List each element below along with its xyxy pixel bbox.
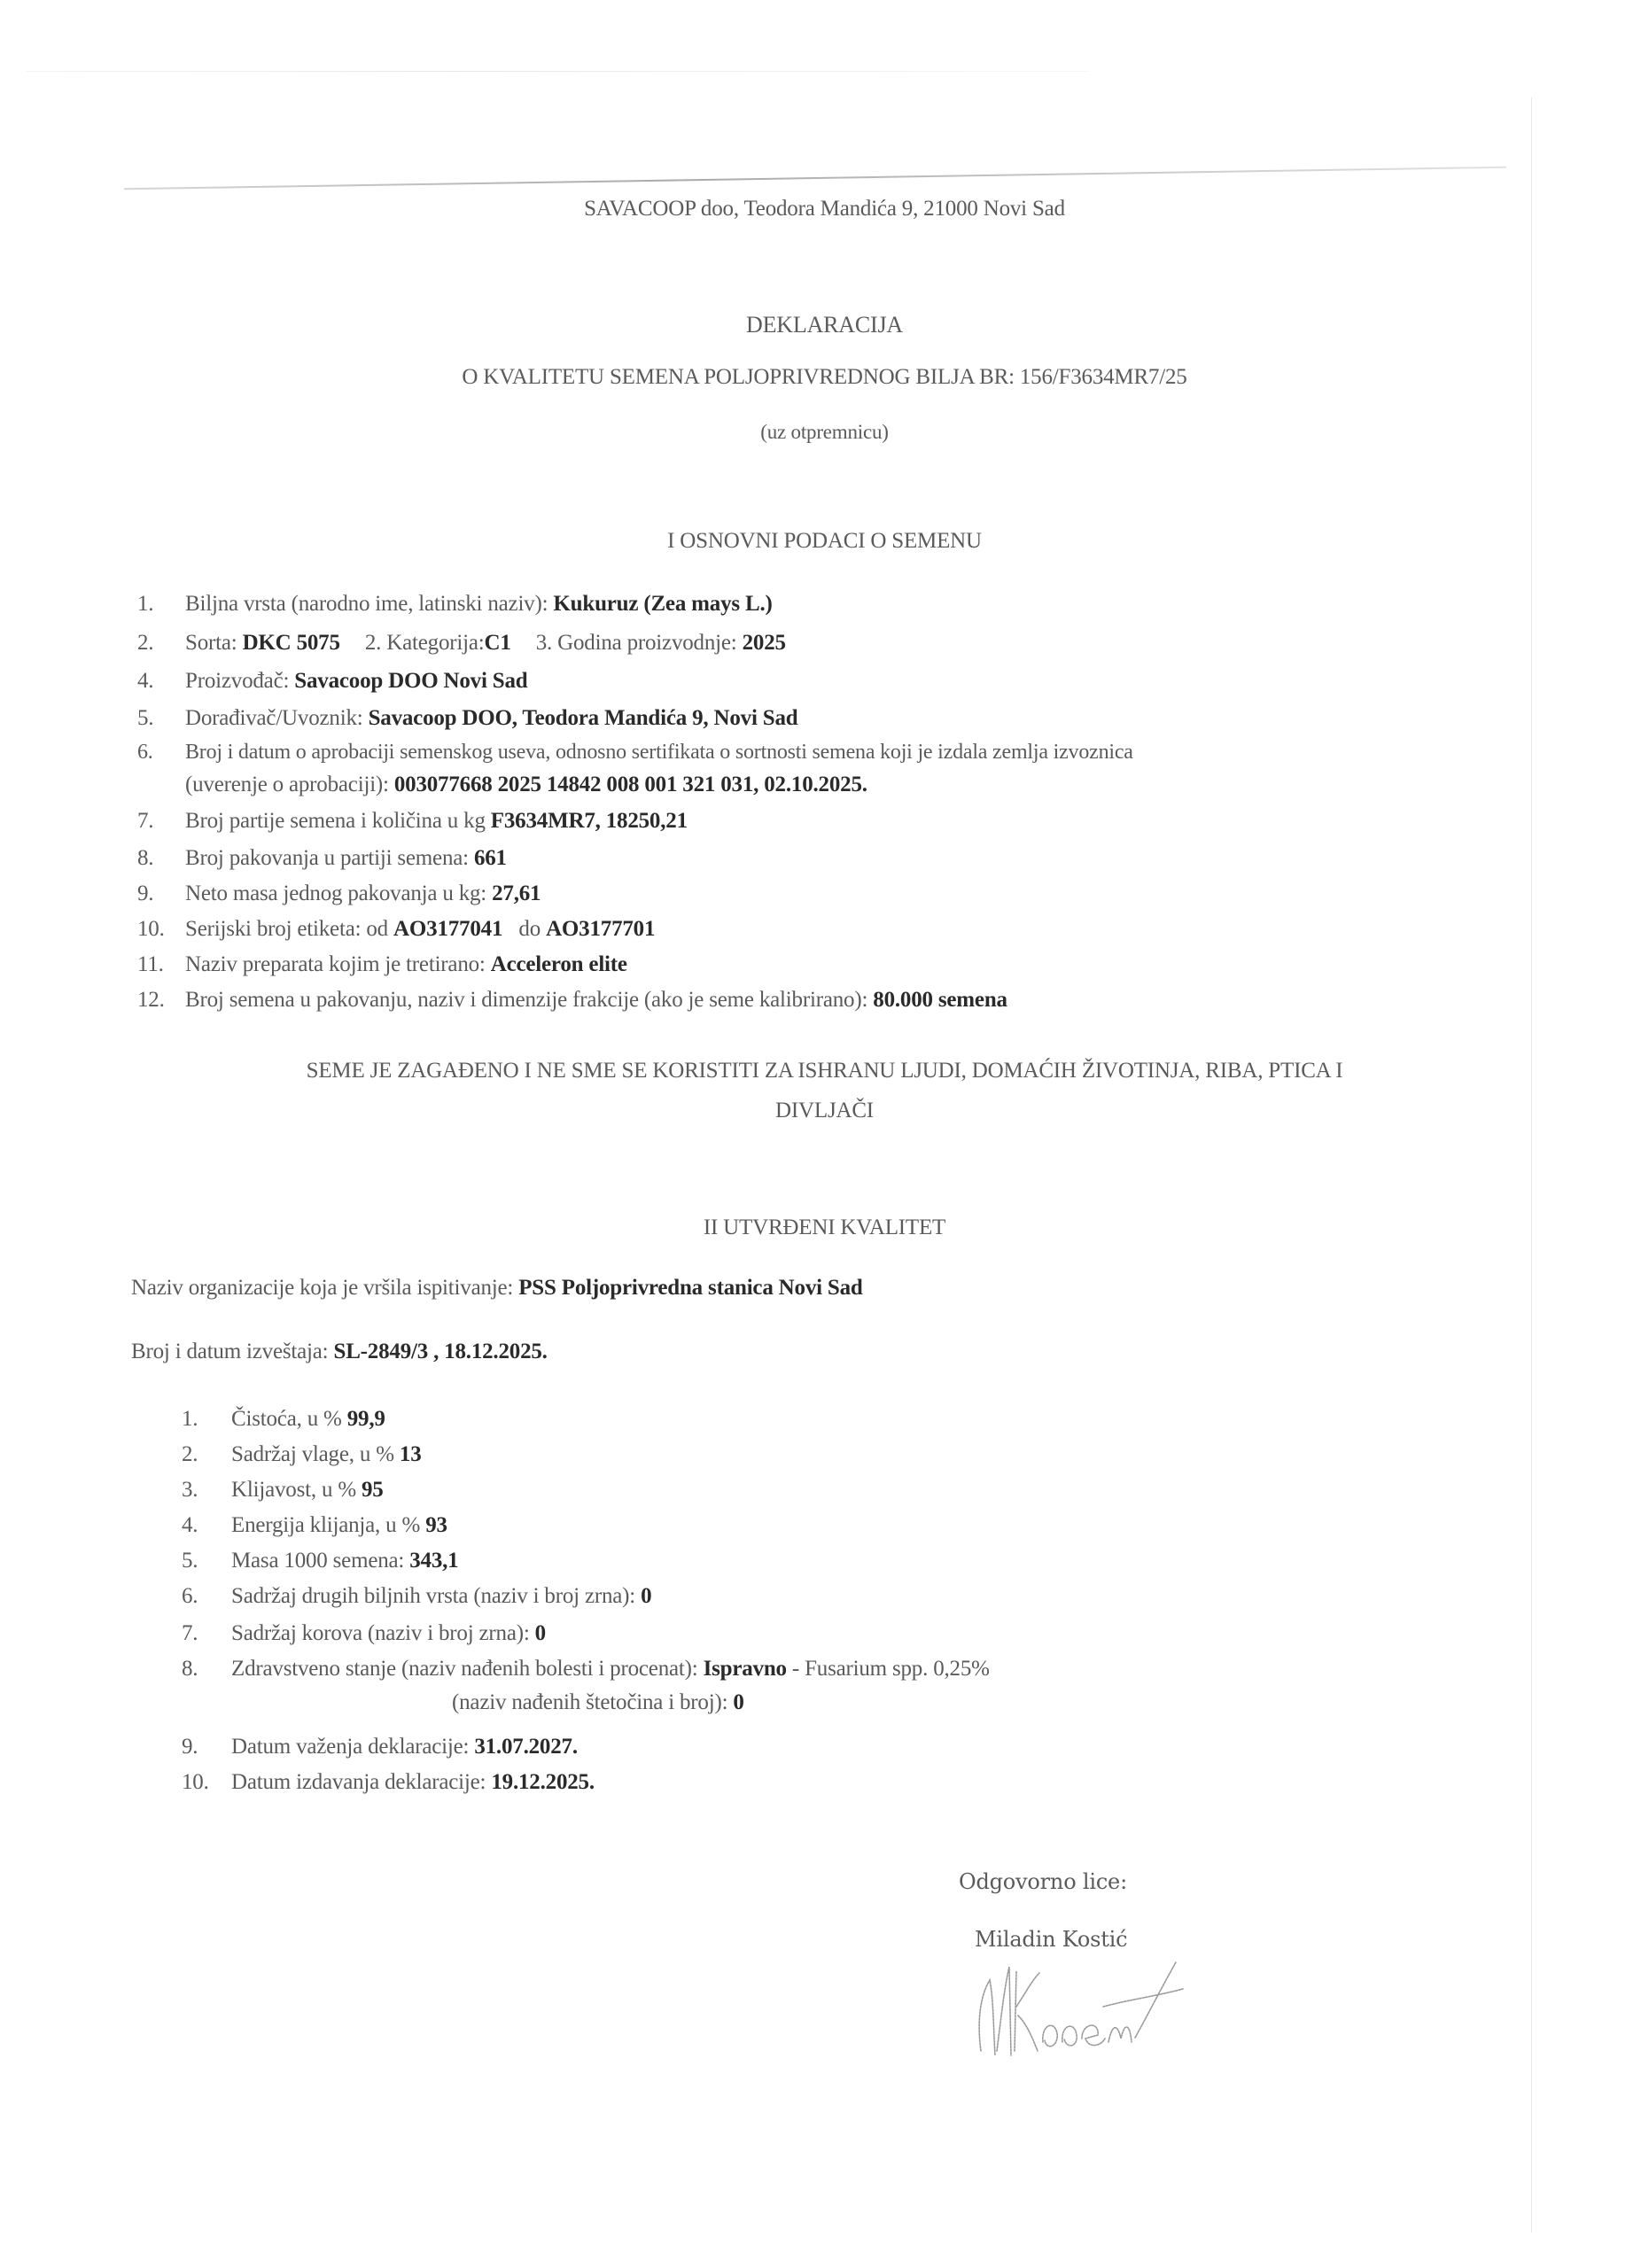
section2-item-8-cont: (naziv nađenih štetočina i broj): 0 [452,1690,744,1715]
section1-item-6: 6.Broj i datum o aprobaciji semenskog us… [137,741,1133,765]
section1-item-4: 4.Proizvođač: Savacoop DOO Novi Sad [137,669,527,694]
document-page: SAVACOOP doo, Teodora Mandića 9, 21000 N… [0,0,1649,2268]
section1-item-7: 7.Broj partije semena i količina u kg F3… [137,809,688,834]
section1-item-11: 11.Naziv preparata kojim je tretirano: A… [137,952,627,977]
company-header: SAVACOOP doo, Teodora Mandića 9, 21000 N… [0,197,1649,221]
section1-item-1: 1.Biljna vrsta (narodno ime, latinski na… [137,592,773,617]
document-note: (uz otpremnicu) [0,421,1649,444]
section2-item-8: 8.Zdravstveno stanje (naziv nađenih bole… [182,1657,990,1682]
warning-line-2: DIVLJAČI [0,1099,1649,1123]
section1-item-6-cont: (uverenje o aprobaciji): 003077668 2025 … [185,773,867,797]
section2-item-4: 4.Energija klijanja, u % 93 [182,1513,447,1538]
section2-item-5: 5.Masa 1000 semena: 343,1 [182,1549,458,1573]
section2-item-10: 10.Datum izdavanja deklaracije: 19.12.20… [182,1770,595,1795]
responsible-person-label: Odgovorno lice: [959,1869,1127,1894]
warning-line-1: SEME JE ZAGAĐENO I NE SME SE KORISTITI Z… [0,1059,1649,1084]
scan-artifact-line [27,71,1090,72]
handwritten-signature [970,1953,1218,2069]
section2-heading: II UTVRĐENI KVALITET [0,1216,1649,1240]
section2-item-7: 7.Sadržaj korova (naziv i broj zrna): 0 [182,1621,546,1646]
section2-item-3: 3.Klijavost, u % 95 [182,1478,384,1503]
scan-edge [1531,97,1532,2233]
report-number: Broj i datum izveštaja: SL-2849/3 , 18.1… [131,1340,548,1364]
testing-organization: Naziv organizacije koja je vršila ispiti… [131,1276,863,1301]
section1-item-8: 8.Broj pakovanja u partiji semena: 661 [137,846,507,871]
section2-item-9: 9.Datum važenja deklaracije: 31.07.2027. [182,1735,578,1759]
section1-item-9: 9.Neto masa jednog pakovanja u kg: 27,61 [137,882,541,906]
responsible-person-name: Miladin Kostić [975,1927,1127,1952]
section2-item-1: 1.Čistoća, u % 99,9 [182,1407,385,1432]
section2-item-2: 2.Sadržaj vlage, u % 13 [182,1442,422,1467]
section1-item-5: 5.Dorađivač/Uvoznik: Savacoop DOO, Teodo… [137,706,798,731]
section1-item-2: 2.Sorta: DKC 5075 2. Kategorija:C1 3. Go… [137,631,786,656]
section1-item-10: 10.Serijski broj etiketa: od AO3177041 d… [137,917,655,942]
declaration-number: 156/F3634MR7/25 [1020,365,1187,389]
scan-artifact-line [124,167,1506,190]
section1-item-12: 12.Broj semena u pakovanju, naziv i dime… [137,988,1007,1013]
section2-item-6: 6.Sadržaj drugih biljnih vrsta (naziv i … [182,1584,651,1609]
section1-heading: I OSNOVNI PODACI O SEMENU [0,529,1649,554]
document-subtitle: O KVALITETU SEMENA POLJOPRIVREDNOG BILJA… [0,365,1649,390]
document-title: DEKLARACIJA [0,312,1649,338]
subtitle-prefix: O KVALITETU SEMENA POLJOPRIVREDNOG BILJA… [462,365,1019,389]
